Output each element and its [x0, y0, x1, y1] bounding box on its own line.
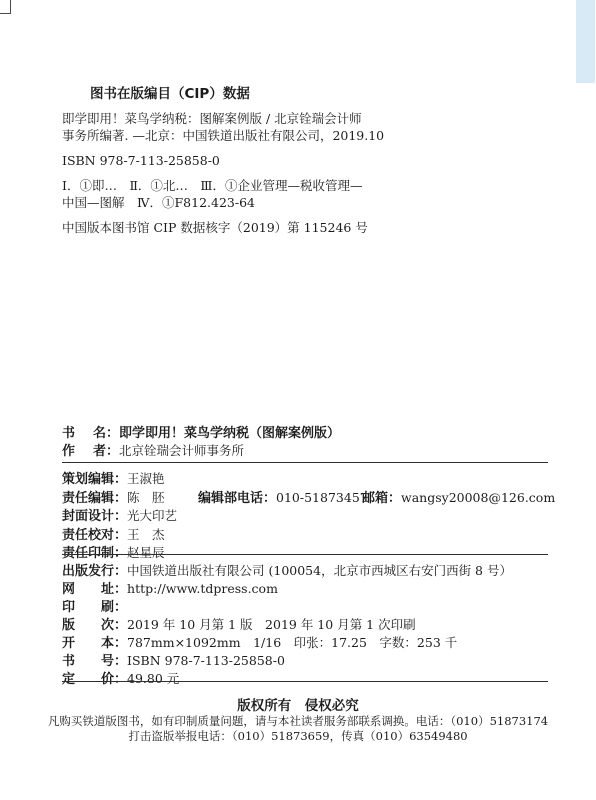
publication-value: 787mm×1092mm 1/16 印张：17.25 字数：253 千 — [127, 635, 457, 650]
staff-value: 光大印艺 — [127, 508, 177, 523]
staff-label: 封面设计 — [62, 508, 114, 526]
service-contact-line: 凡购买铁道版图书，如有印制质量问题，请与本社读者服务部联系调换。电话：（010）… — [0, 713, 596, 729]
publication-row: 网址：http://www.tdpress.com — [62, 580, 548, 598]
cip-classification-line1: Ⅰ．①即… Ⅱ．①北… Ⅲ．①企业管理—税收管理— — [62, 177, 548, 194]
staff-label: 策划编辑 — [62, 471, 114, 489]
piracy-report-line: 打击盗版举报电话：（010）51873659，传真（010）63549480 — [0, 728, 596, 744]
colon: ： — [114, 654, 127, 669]
colon: ： — [114, 509, 127, 524]
colon: ： — [114, 528, 127, 543]
book-title-value: 即学即用！菜鸟学纳税（图解案例版） — [119, 426, 340, 441]
publication-label: 开本 — [62, 635, 114, 652]
colon: ： — [114, 582, 127, 597]
staff-row: 责任编辑：陈 胚 编辑部电话：010-51873457 邮箱：wangsy200… — [62, 489, 548, 508]
publication-row: 印刷： — [62, 598, 548, 616]
cip-block: 图书在版编目（CIP）数据 即学即用！菜鸟学纳税：图解案例版 / 北京铨瑞会计师… — [62, 86, 548, 236]
cip-isbn: ISBN 978-7-113-25858-0 — [62, 152, 548, 169]
staff-row: 封面设计：光大印艺 — [62, 507, 548, 526]
colon: ： — [114, 636, 127, 651]
colon: ： — [106, 444, 119, 459]
cip-description-line2: 事务所编著. —北京：中国铁道出版社有限公司，2019.10 — [62, 127, 548, 144]
colon: ： — [114, 672, 127, 687]
staff-value: 陈 胚 — [127, 490, 165, 505]
crop-mark — [0, 0, 11, 14]
staff-value: 王 杰 — [127, 527, 165, 542]
publication-label: 书号 — [62, 653, 114, 670]
book-info-block: 书名：即学即用！菜鸟学纳税（图解案例版） 作者：北京铨瑞会计师事务所 — [62, 424, 548, 460]
colon: ： — [114, 564, 127, 579]
cip-classification-line2: 中国—图解 Ⅳ．①F812.423-64 — [62, 194, 548, 211]
cip-description-line1: 即学即用！菜鸟学纳税：图解案例版 / 北京铨瑞会计师 — [62, 110, 548, 127]
staff-block: 策划编辑：王淑艳 责任编辑：陈 胚 编辑部电话：010-51873457 邮箱：… — [62, 470, 548, 563]
email-label: 邮箱： — [362, 491, 401, 506]
publication-row: 开本：787mm×1092mm 1/16 印张：17.25 字数：253 千 — [62, 634, 548, 652]
publication-label: 网址 — [62, 581, 114, 598]
publication-value: 中国铁道出版社有限公司 (100054，北京市西城区右安门西街 8 号） — [127, 563, 512, 578]
copyright-page: { "decorations": { "blue_bar_color": "#d… — [0, 0, 596, 800]
phone-label: 编辑部电话： — [198, 491, 276, 506]
publication-row: 版次：2019 年 10 月第 1 版 2019 年 10 月第 1 次印刷 — [62, 616, 548, 634]
publication-label: 版次 — [62, 617, 114, 634]
publication-value: 2019 年 10 月第 1 版 2019 年 10 月第 1 次印刷 — [127, 617, 416, 632]
colon: ： — [114, 472, 127, 487]
staff-value: 王淑艳 — [127, 471, 165, 486]
staff-value: 赵星辰 — [127, 545, 165, 560]
cip-record-number: 中国版本图书馆 CIP 数据核字（2019）第 115246 号 — [62, 219, 548, 236]
publication-row: 书号：ISBN 978-7-113-25858-0 — [62, 652, 548, 670]
email-address: wangsy20008@126.com — [401, 490, 555, 505]
publication-value: 49.80 元 — [127, 671, 179, 686]
book-author-row: 作者：北京铨瑞会计师事务所 — [62, 442, 548, 460]
book-title-row: 书名：即学即用！菜鸟学纳税（图解案例版） — [62, 424, 548, 442]
staff-label: 责任校对 — [62, 527, 114, 545]
divider-line — [62, 462, 548, 463]
blue-margin-bar — [576, 0, 595, 83]
publication-block: 出版发行：中国铁道出版社有限公司 (100054，北京市西城区右安门西街 8 号… — [62, 562, 548, 688]
book-title-label: 书名 — [62, 425, 106, 442]
colon: ： — [114, 618, 127, 633]
publication-value: ISBN 978-7-113-25858-0 — [127, 653, 285, 668]
publication-label: 印刷 — [62, 599, 114, 616]
publication-label: 定价 — [62, 671, 114, 688]
divider-line — [62, 681, 548, 682]
book-author-label: 作者 — [62, 443, 106, 460]
editorial-email-group: 邮箱：wangsy20008@126.com — [362, 489, 555, 508]
colon: ： — [106, 426, 119, 441]
staff-row: 责任校对：王 杰 — [62, 526, 548, 545]
colon: ： — [114, 600, 127, 615]
phone-number: 010-51873457 — [276, 490, 368, 505]
editorial-phone-group: 编辑部电话：010-51873457 — [198, 489, 368, 508]
colon: ： — [114, 491, 127, 506]
staff-row: 策划编辑：王淑艳 — [62, 470, 548, 489]
book-author-value: 北京铨瑞会计师事务所 — [119, 443, 244, 458]
publication-row: 出版发行：中国铁道出版社有限公司 (100054，北京市西城区右安门西街 8 号… — [62, 562, 548, 580]
publication-row: 定价：49.80 元 — [62, 670, 548, 688]
cip-heading: 图书在版编目（CIP）数据 — [90, 86, 548, 103]
publication-value: http://www.tdpress.com — [127, 581, 278, 596]
copyright-notice: 版权所有 侵权必究 — [0, 694, 596, 714]
staff-label: 责任编辑 — [62, 490, 114, 508]
publication-label: 出版发行 — [62, 563, 114, 580]
divider-line — [62, 554, 548, 555]
